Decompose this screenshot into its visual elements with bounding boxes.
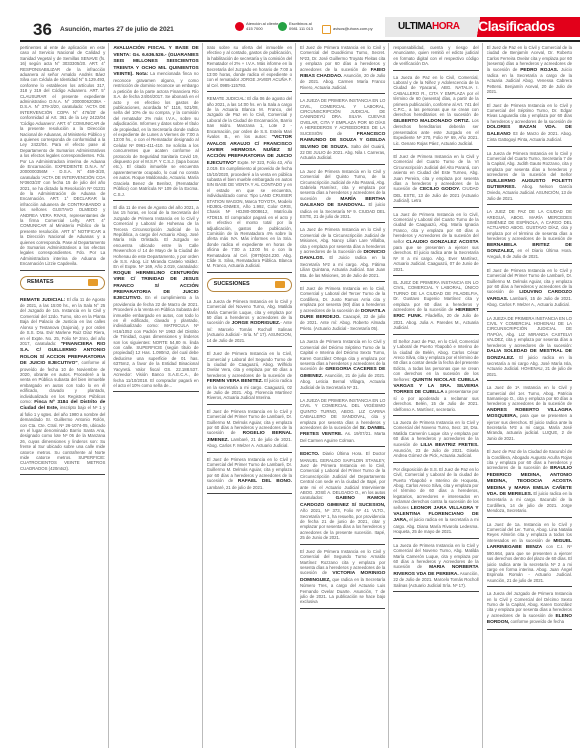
classified-notice: El Juez de Primera Instancia en lo Civil…	[207, 407, 292, 453]
classified-notice: LA JUEZA DE PRIMERA INSTANCIA EN LO CIVI…	[487, 314, 572, 381]
classified-notice: EDICTO. Diario Última Hora. El Doctor MA…	[300, 449, 385, 545]
classified-notice: trato sobre su oferta del inmueble en ef…	[207, 43, 292, 92]
phone-icon	[235, 22, 244, 31]
classified-notice: La Jueza de Primera Instancia en lo Civi…	[300, 337, 385, 394]
classified-notice: El Juez de Primera Instancia en lo Civil…	[393, 152, 478, 208]
page-date: Asunción, martes 27 de julio de 2021	[60, 26, 174, 33]
classified-notice: El día 11 de mes de Agosto del año 2021,…	[113, 203, 198, 392]
classified-notice: responsabilidad, cuenta y riesgo del Anu…	[393, 43, 478, 71]
classified-notice: La Jueza de Primera Instancia en lo Civi…	[487, 149, 572, 206]
classifieds-columns: pertinentes al ente de aplicación en est…	[20, 43, 575, 748]
column-2: AVALUACIÓN FISCAL Y BASE DE VENTA: Gs. 6…	[113, 43, 202, 748]
section-banner-remates: REMATES	[20, 276, 105, 290]
section-banner-sucesiones: SUCESIONES	[207, 278, 292, 292]
column-1: pertinentes al ente de aplicación en est…	[20, 43, 109, 748]
page-number: 36	[33, 20, 52, 40]
column-6: El Juez de Paz en lo Civil y Comercial d…	[487, 43, 575, 748]
classified-notice: REMATE JUDICIAL: El día 11 de Agosto de …	[20, 295, 105, 476]
classified-notice: LA JUEZA DE PRIMERA INSTANCIA EN LO CIVI…	[300, 396, 385, 447]
classified-notice: La Juez de Primera Instancia en lo Civil…	[300, 167, 385, 224]
classified-notice: LA JUEZA DE PRIMERA INSTANCIA EN LO CIVI…	[300, 96, 385, 164]
classified-notice: El Juez de Primera Instancia en lo Civil…	[207, 455, 292, 494]
family-tree-icon	[275, 281, 285, 288]
header-rule	[20, 40, 580, 42]
column-3: trato sobre su oferta del inmueble en ef…	[207, 43, 296, 748]
classified-notice: La Jueza de Paz en lo Civil, Comercial, …	[393, 73, 478, 150]
classified-notice: pertinentes al ente de aplicación en est…	[20, 43, 105, 271]
classified-notice: La Juez de Primera Instancia en lo Civil…	[393, 210, 478, 276]
contact-phone: Atención al cliente415 7000	[235, 22, 278, 31]
classified-notice: La Juez de 1a. Instancia en lo Civil y C…	[487, 520, 572, 587]
classified-notice: Por disposición de S.S. El Juez de Paz e…	[393, 465, 478, 539]
classified-notice: EL JUEZ DE PRIMERA INSTANCIA EN LO CIVIL…	[393, 278, 478, 335]
column-5: responsabilidad, cuenta y riesgo del Anu…	[393, 43, 482, 748]
classified-notice: LA JUEZ DE PAZ DE LA CIUDAD DE AREGUÁ, A…	[487, 207, 572, 264]
section-label: REMATES	[27, 280, 53, 285]
classified-notice: El Juez de Primera Instancia en lo Civil…	[207, 349, 292, 405]
classified-notice: El Juez de Primera Instancia en lo Civil…	[300, 43, 385, 94]
gavel-icon	[88, 279, 98, 286]
classified-notice: El Juez de Primera Instancia en lo Civil…	[487, 266, 572, 312]
contact-email[interactable]: avisos@uhora.com.py	[322, 25, 373, 34]
column-4: El Juez de Primera Instancia en lo Civil…	[300, 43, 389, 748]
classified-notice: El Juez de Primera Instancia en lo Civil…	[487, 101, 572, 147]
classified-notice: La Jueza de Primera Instancia en lo Civi…	[393, 541, 478, 592]
mail-icon	[322, 25, 331, 34]
classified-notice: El Juez de Primera Instancia en lo Civil…	[300, 547, 385, 609]
classified-notice: La Juez de Primera Instancia en lo Civil…	[300, 225, 385, 282]
classified-notice: El Juez de Paz en lo Civil y Comercial d…	[487, 43, 572, 99]
classified-notice: AVALUACIÓN FISCAL Y BASE DE VENTA: Gs. 6…	[113, 43, 198, 201]
classified-notice: La Jueza de Primera Instancia en lo Civi…	[393, 418, 478, 463]
classified-notice: La Jueza de Primera Instancia en lo Civi…	[207, 297, 292, 347]
page-header: 36 Asunción, martes 27 de julio de 2021 …	[0, 0, 580, 40]
classified-notice: La Jueza del Juzgado de Primera Instanci…	[487, 589, 572, 629]
contact-whatsapp: Escribinos al0981 111 013	[278, 22, 313, 31]
section-label: SUCESIONES	[214, 282, 250, 287]
classified-notice: El Juez de Paz de la Ciudad de Itacurubí…	[487, 447, 572, 517]
whatsapp-icon	[278, 22, 287, 31]
classified-notice: El Juez de Primera Instancia en lo Civil…	[300, 284, 385, 335]
classified-notice: El Señor Juez de Paz, en lo Civil, Comer…	[393, 337, 478, 416]
classified-notice: La Juez de 1ª. Instancia en lo Civil y C…	[487, 383, 572, 445]
classified-notice: REMATE JUDICIAL: El día 06 de agosto del…	[207, 94, 292, 273]
section-title: Clasificados	[478, 18, 554, 34]
brand-logo: ULTIMAHORA	[398, 21, 459, 32]
